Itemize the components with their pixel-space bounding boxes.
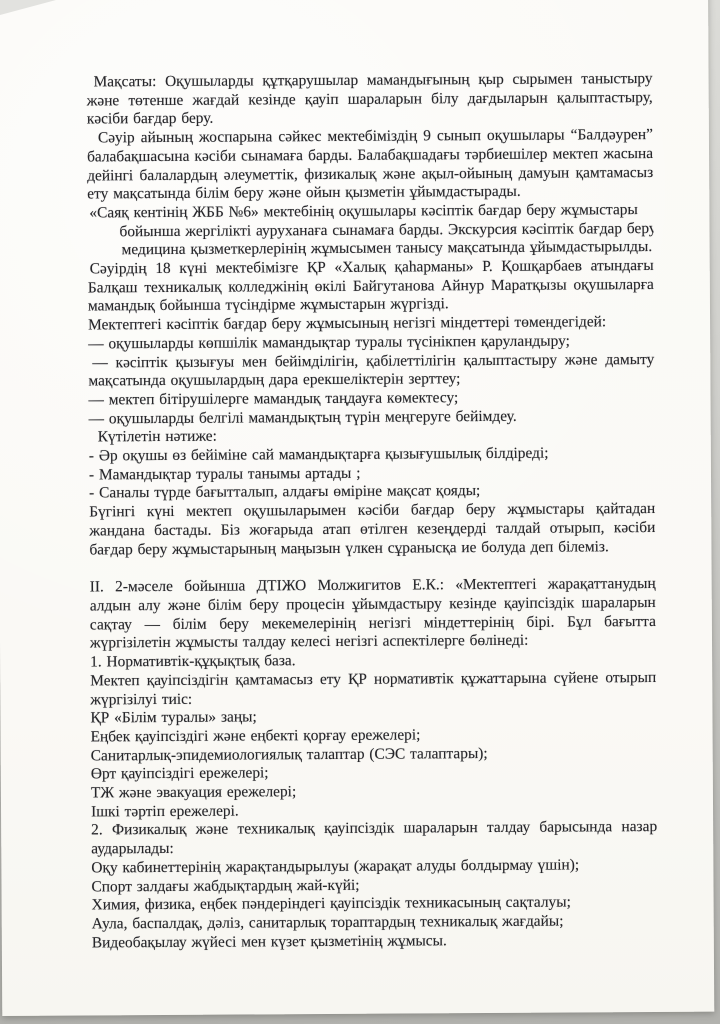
para-april-18-college: Сәуірдің 18 күні мектебімізге ҚР «Халық … xyxy=(88,257,654,317)
para-april-plan: Сәуір айының жоспарына сәйкес мектебіміз… xyxy=(87,126,653,204)
para-goal: Мақсаты: Оқушыларды құтқарушылар маманды… xyxy=(87,70,653,130)
paper-sheet: Мақсаты: Оқушыларды құтқарушылар маманды… xyxy=(0,0,714,1016)
heading-physical-safety: 2. Физикалық және техникалық қауіпсіздік… xyxy=(91,818,657,859)
para-conclusion-section1: Бүгінгі күні мектеп оқушыларымен кәсіби … xyxy=(89,500,655,560)
document-text-block: Мақсаты: Оқушыларды құтқарушылар маманды… xyxy=(87,70,658,953)
para-section2-intro: ІІ. 2-мәселе бойынша ДТІЖО Молжигитов Е.… xyxy=(90,575,656,653)
para-normative-intro: Мектеп қауіпсіздігін қамтамасыз ету ҚР н… xyxy=(90,669,656,710)
scanned-page: Мақсаты: Оқушыларды құтқарушылар маманды… xyxy=(0,0,720,1024)
check-item-5: Видеобақылау жүйесі мен күзет қызметінің… xyxy=(92,931,658,953)
check-item-1: Оқу кабинеттерінің жарақтандырылуы (жара… xyxy=(91,856,657,878)
task-item-2: — кәсіптік қызығуы мен бейімділігін, қаб… xyxy=(88,351,654,392)
